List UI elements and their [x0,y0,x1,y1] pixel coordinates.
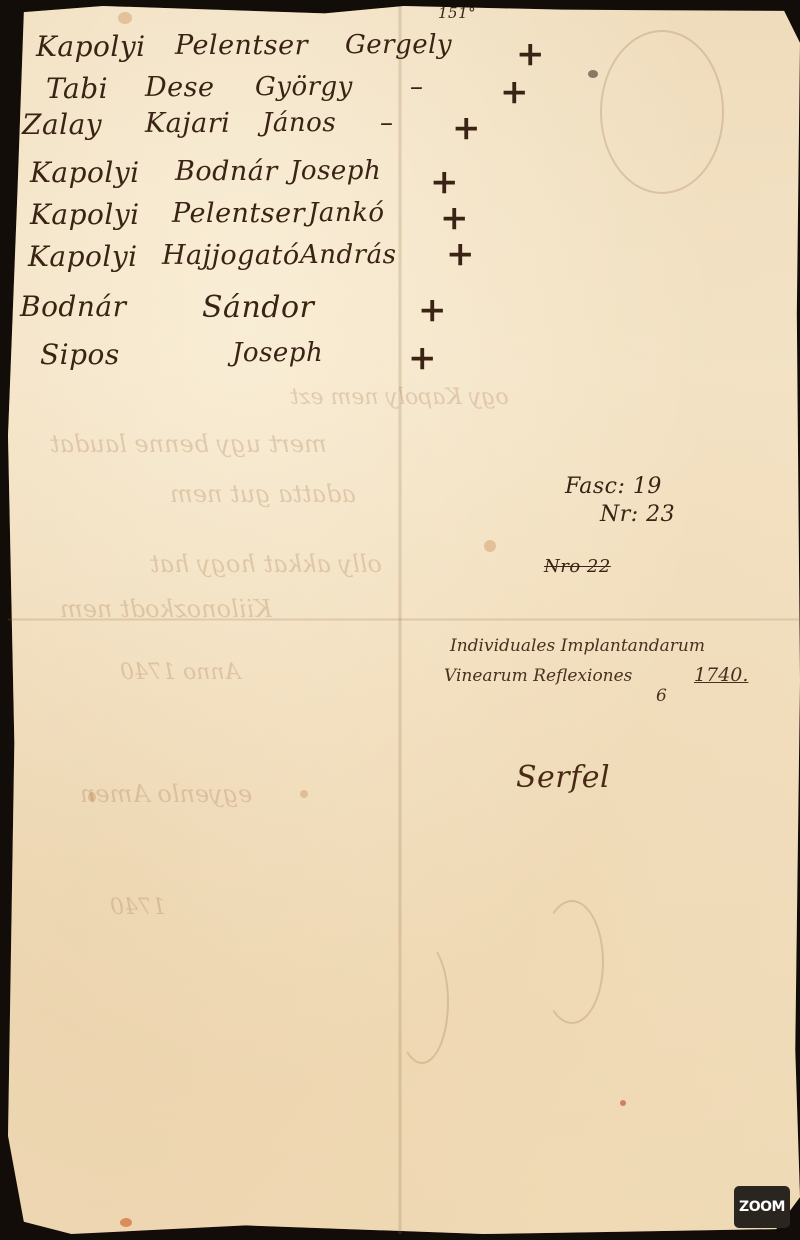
dash-mark: – [380,108,394,138]
folio-number: 151° [438,4,476,22]
struck-archival-number: Nro 22 [544,556,611,577]
cross-mark: + [446,234,475,274]
roster-row: Kapolyi Pelentser Jankó + [0,198,800,238]
docket-line-1: Individuales Implantandarum [450,636,705,656]
stain [88,792,96,802]
docket-mark: 6 [656,686,667,706]
roster-row: Tabi Dese György – + [0,72,800,112]
cross-mark: + [516,34,545,74]
roster-given-name: Sándor [202,290,314,325]
roster-row: Kapolyi Hajjogató András + [0,240,800,280]
cross-mark: + [408,338,437,378]
roster-row: Kapolyi Pelentser Gergely + [0,30,800,70]
roster-given-name: Jankó [308,198,385,228]
roster-given-name: János [262,108,336,138]
roster-given-name: András [300,240,396,270]
roster-place: Kapolyi [30,156,140,189]
cross-mark: + [500,72,529,112]
stain [620,1100,626,1106]
roster-row: Bodnár Sándor + [0,290,800,330]
archival-item-number: Nr: 23 [600,502,675,527]
cross-mark: + [440,198,469,238]
roster-place: Tabi [46,72,108,105]
roster-given-name: György [255,72,353,102]
dash-mark: – [410,72,424,102]
cross-mark: + [418,290,447,330]
roster-given-name: Joseph [290,156,381,186]
roster-surname: Pelentser [172,198,305,229]
stain [300,790,308,798]
archival-fascicle-number: Fasc: 19 [565,474,662,499]
roster-surname: Hajjogató [162,240,300,271]
zoom-logo-text: ZOOM [739,1199,785,1215]
roster-place: Bodnár [20,290,126,323]
signature: Serfel [516,760,610,795]
roster-place: Kapolyi [30,198,140,231]
stain [118,12,132,24]
roster-place: Kapolyi [36,30,146,63]
faded-ring-mark [395,940,449,1064]
docket-line-2: Vinearum Reflexiones [444,666,632,686]
roster-surname: Kajari [145,108,230,139]
roster-place: Sipos [40,338,120,371]
roster-given-name: Joseph [232,338,323,368]
roster-row: Sipos Joseph + [0,338,800,378]
stain [120,1218,132,1227]
stain [484,540,496,552]
roster-row: Zalay Kajari János – + [0,108,800,148]
roster-surname: Pelentser [175,30,308,61]
roster-row: Kapolyi Bodnár Joseph + [0,156,800,196]
zoom-logo[interactable]: ZOOM [734,1186,790,1228]
docket-year: 1740. [694,664,748,686]
roster-given-name: Gergely [345,30,452,60]
horizontal-fold-line [8,618,800,621]
roster-place: Kapolyi [28,240,138,273]
roster-place: Zalay [22,108,102,141]
cross-mark: + [452,108,481,148]
faded-ring-mark [540,900,604,1024]
roster-surname: Dese [145,72,214,103]
cross-mark: + [430,162,459,202]
roster-surname: Bodnár [175,156,278,187]
